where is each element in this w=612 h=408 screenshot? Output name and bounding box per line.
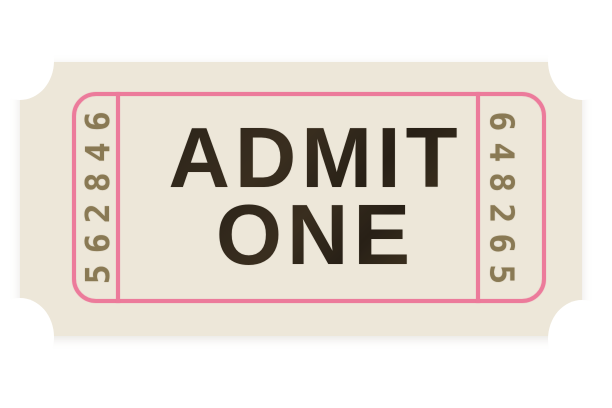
corner-notch-bottom-left bbox=[0, 298, 54, 376]
one-line: ONE bbox=[211, 197, 415, 274]
corner-notch-top-left bbox=[0, 22, 54, 100]
admit-one-ticket: 648265 ADMIT ONE 648265 bbox=[20, 62, 582, 336]
photo-background: 648265 ADMIT ONE 648265 bbox=[0, 0, 612, 408]
corner-notch-bottom-right bbox=[548, 300, 612, 378]
admit-line: ADMIT bbox=[163, 120, 462, 197]
serial-number-right: 648265 bbox=[480, 92, 524, 303]
corner-notch-top-right bbox=[548, 22, 612, 100]
serial-digit: 5 bbox=[487, 254, 518, 294]
serial-number-left: 648265 bbox=[75, 92, 119, 303]
admit-one-text: ADMIT ONE bbox=[133, 120, 493, 280]
serial-digit: 5 bbox=[82, 254, 113, 294]
